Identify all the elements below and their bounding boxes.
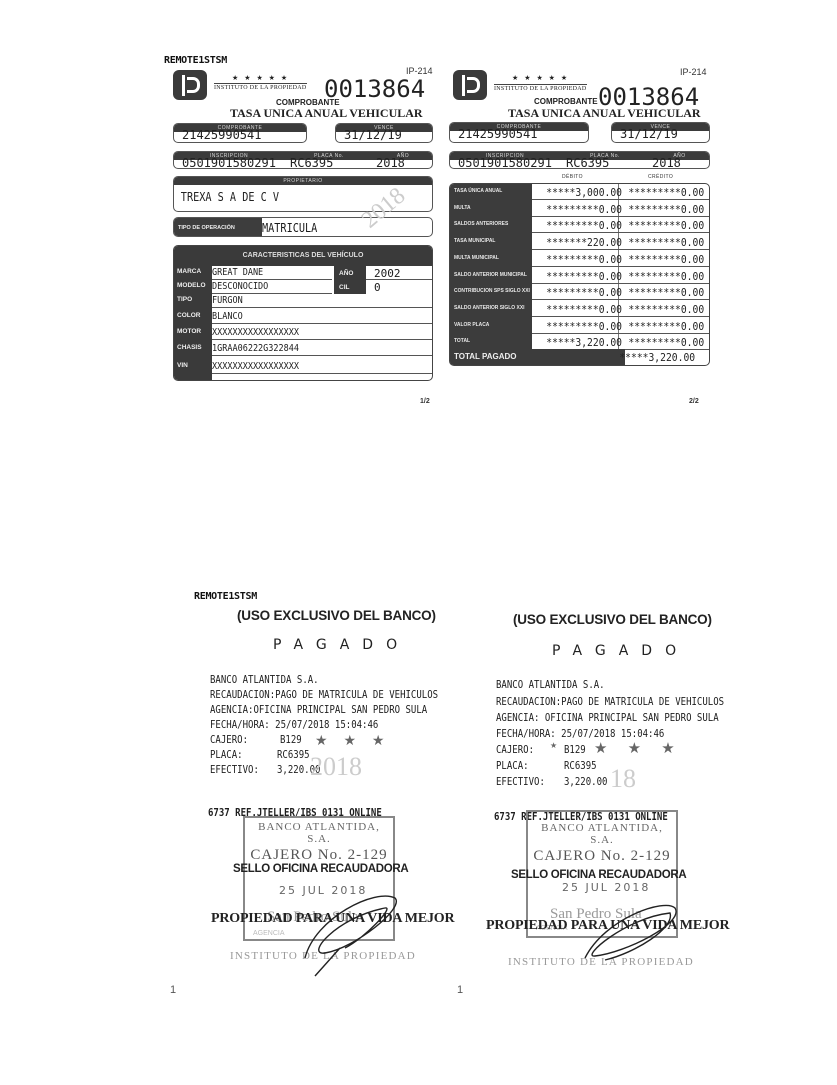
charge-credito: *********0.00 xyxy=(628,253,690,266)
charge-row: TASA MUNICIPAL*******220.00*********0.00 xyxy=(450,234,709,250)
row-label: MOTOR xyxy=(177,328,201,335)
anio-cil-label-block: AÑO CIL xyxy=(334,266,366,294)
recaudacion-line: RECAUDACION:PAGO DE MATRICULA DE VEHICUL… xyxy=(210,687,438,702)
row-label: VIN xyxy=(177,362,188,369)
charge-debito: *****3,220.00 xyxy=(543,336,622,349)
receipt-title: TASA UNICA ANUAL VEHICULAR xyxy=(230,106,423,121)
comprobante-box: COMPROBANTE 21425990541 xyxy=(449,122,589,143)
signature-icon xyxy=(295,878,405,978)
row-value: 1GRAA06222G322844 xyxy=(212,343,299,354)
characteristics-title: CARACTERISTICAS DEL VEHÍCULO xyxy=(174,246,432,266)
charge-debito: *****3,000.00 xyxy=(543,186,622,199)
characteristic-row: CHASIS 1GRAA06222G322844 xyxy=(174,342,432,356)
characteristic-row: MOTOR XXXXXXXXXXXXXXXXX xyxy=(174,326,432,340)
anio-value: 2018 xyxy=(652,157,709,169)
charge-label: SALDO ANTERIOR SIGLO XXI xyxy=(454,305,525,311)
placa-value: RC6395 xyxy=(564,758,597,773)
row-label: COLOR xyxy=(177,312,200,319)
row-label: MARCA xyxy=(177,268,201,275)
registration-box: INSCRIPCION PLACA No. AÑO 0501901580291 … xyxy=(173,151,433,169)
charge-label: TASA MUNICIPAL xyxy=(454,238,495,244)
stars-icon: ★ ★ ★ xyxy=(315,732,390,749)
row-value: DESCONOCIDO xyxy=(212,281,268,292)
watermark-year: 18 xyxy=(610,764,636,794)
charge-row: TASA ÚNICA ANUAL*****3,000.00*********0.… xyxy=(450,184,709,200)
charge-label: MULTA MUNICIPAL xyxy=(454,255,499,261)
stamp-cashier-number: CAJERO No. 2-129 xyxy=(245,847,393,864)
comprobante-box: COMPROBANTE 21425990541 xyxy=(173,123,307,143)
page-number: 1/2 xyxy=(420,398,430,405)
charge-label: CONTRIBUCION SPS SIGLO XXI xyxy=(454,288,530,294)
row-value: BLANCO xyxy=(212,311,243,322)
placa-label: PLACA: xyxy=(210,747,243,762)
characteristic-row: MODELO DESCONOCIDO xyxy=(174,280,432,294)
charge-credito: *********0.00 xyxy=(628,303,690,316)
inscripcion-value: 0501901580291 xyxy=(458,157,566,169)
tipo-operacion-label: TIPO DE OPERACIÓN xyxy=(174,218,262,237)
row-value: FURGON xyxy=(212,295,243,306)
bank-stamp-2: (USO EXCLUSIVO DEL BANCO) PAGADO BANCO A… xyxy=(480,600,770,990)
charge-debito: *********0.00 xyxy=(543,253,622,266)
placa-value: RC6395 xyxy=(277,747,310,762)
cajero-value: B129 xyxy=(280,732,302,747)
characteristic-row: COLOR BLANCO xyxy=(174,310,432,324)
charge-row: MULTA*********0.00*********0.00 xyxy=(450,201,709,217)
charge-debito: *********0.00 xyxy=(543,303,622,316)
charge-label: SALDOS ANTERIORES xyxy=(454,221,508,227)
sello-oficina-label: SELLO OFICINA RECAUDADORA xyxy=(511,869,686,881)
agencia-line: AGENCIA:OFICINA PRINCIPAL SAN PEDRO SULA xyxy=(210,702,427,717)
institution-name: INSTITUTO DE LA PROPIEDAD xyxy=(214,83,307,91)
institution-name: INSTITUTO DE LA PROPIEDAD xyxy=(494,84,587,92)
cil-value: 0 xyxy=(374,281,381,294)
charge-debito: *********0.00 xyxy=(543,270,622,283)
charge-debito: *********0.00 xyxy=(543,219,622,232)
row-value: GREAT DANE xyxy=(212,267,263,278)
vence-value: 31/12/19 xyxy=(612,128,709,140)
charge-credito: *********0.00 xyxy=(628,320,690,333)
signature-icon xyxy=(575,898,685,968)
fecha-hora-line: FECHA/HORA: 25/07/2018 15:04:46 xyxy=(210,717,378,732)
bank-name: BANCO ATLANTIDA S.A. xyxy=(496,677,605,692)
row-label: MODELO xyxy=(177,282,206,289)
placa-label: PLACA: xyxy=(496,758,529,773)
receipt-1: REMOTE1STSM ★ ★ ★ ★ ★ INSTITUTO DE LA PR… xyxy=(160,55,445,410)
stars-icon: ★ xyxy=(550,741,557,750)
payment-status: PAGADO xyxy=(552,643,689,659)
remote-id: REMOTE1STSM xyxy=(194,591,257,602)
charge-debito: *********0.00 xyxy=(543,320,622,333)
sello-oficina-label: SELLO OFICINA RECAUDADORA xyxy=(233,863,408,875)
vence-value: 31/12/19 xyxy=(336,129,432,141)
institution-logo-icon xyxy=(453,70,487,100)
placa-value: RC6395 xyxy=(290,157,376,169)
credito-column-header: CRÉDITO xyxy=(648,174,673,180)
inscripcion-value: 0501901580291 xyxy=(182,157,290,169)
bank-use-header: (USO EXCLUSIVO DEL BANCO) xyxy=(513,612,712,627)
bank-stamp-1: REMOTE1STSM (USO EXCLUSIVO DEL BANCO) PA… xyxy=(190,588,460,978)
comprobante-value: 21425990541 xyxy=(174,129,306,141)
row-value: XXXXXXXXXXXXXXXXX xyxy=(212,327,299,338)
stamp-bank-name: BANCO ATLANTIDA, S.A. xyxy=(528,822,676,846)
watermark-year: 2018 xyxy=(310,752,362,782)
charge-row: SALDO ANTERIOR SIGLO XXI*********0.00***… xyxy=(450,301,709,317)
charge-label: SALDO ANTERIOR MUNICIPAL xyxy=(454,272,527,278)
registration-box: INSCRIPCION PLACA No. AÑO 0501901580291 … xyxy=(449,151,710,169)
registration-values: 0501901580291 RC6395 2018 xyxy=(450,157,709,169)
efectivo-value: 3,220.00 xyxy=(564,774,607,789)
page-mark-left: 1 xyxy=(170,984,176,996)
charge-row: MULTA MUNICIPAL*********0.00*********0.0… xyxy=(450,251,709,267)
anio-label: AÑO xyxy=(339,270,353,277)
charge-row: CONTRIBUCION SPS SIGLO XXI*********0.00*… xyxy=(450,284,709,300)
page-mark-center: 1 xyxy=(457,984,463,996)
cajero-label: CAJERO: xyxy=(496,742,534,757)
charge-row: SALDO ANTERIOR MUNICIPAL*********0.00***… xyxy=(450,268,709,284)
charge-label: TASA ÚNICA ANUAL xyxy=(454,188,502,194)
page-number: 2/2 xyxy=(689,398,699,405)
recaudacion-line: RECAUDACION:PAGO DE MATRICULA DE VEHICUL… xyxy=(496,694,724,709)
stars-icon: ★ ★ ★ ★ ★ xyxy=(512,74,569,82)
charge-debito: *******220.00 xyxy=(543,236,622,249)
cil-label: CIL xyxy=(339,284,349,291)
charge-label: TOTAL xyxy=(454,338,470,344)
charge-credito: *********0.00 xyxy=(628,286,690,299)
tipo-operacion-value: MATRICULA xyxy=(262,221,317,235)
stars-icon: ★ ★ ★ xyxy=(594,739,683,757)
charge-credito: *********0.00 xyxy=(628,270,690,283)
charge-label: MULTA xyxy=(454,205,471,211)
tipo-operacion-box: TIPO DE OPERACIÓN MATRICULA xyxy=(173,217,433,237)
charge-row: VALOR PLACA*********0.00*********0.00 xyxy=(450,318,709,334)
efectivo-label: EFECTIVO: xyxy=(210,762,259,777)
total-pagado-value: *****3,220.00 xyxy=(619,351,695,364)
characteristic-row: VIN XXXXXXXXXXXXXXXXX xyxy=(174,360,432,374)
charge-row: SALDOS ANTERIORES*********0.00*********0… xyxy=(450,217,709,233)
charges-table: TASA ÚNICA ANUAL*****3,000.00*********0.… xyxy=(449,183,710,366)
vehicle-characteristics-table: CARACTERISTICAS DEL VEHÍCULO MARCA GREAT… xyxy=(173,245,433,381)
row-value: XXXXXXXXXXXXXXXXX xyxy=(212,361,299,372)
receipt-2: ★ ★ ★ ★ ★ INSTITUTO DE LA PROPIEDAD IP-2… xyxy=(440,55,725,410)
row-label: TIPO xyxy=(177,296,192,303)
receipt-title: TASA UNICA ANUAL VEHICULAR xyxy=(508,106,701,121)
cajero-value: B129 xyxy=(564,742,586,757)
charge-credito: *********0.00 xyxy=(628,236,690,249)
comprobante-value: 21425990541 xyxy=(450,128,588,140)
ip-code: IP-214 xyxy=(680,67,707,77)
charge-row: TOTAL*****3,220.00*********0.00 xyxy=(450,334,709,350)
characteristic-row: TIPO FURGON xyxy=(174,294,432,308)
charge-credito: *********0.00 xyxy=(628,186,690,199)
placa-value: RC6395 xyxy=(566,157,652,169)
bank-use-header: (USO EXCLUSIVO DEL BANCO) xyxy=(237,608,436,623)
charge-debito: *********0.00 xyxy=(543,286,622,299)
stamp-bank-name: BANCO ATLANTIDA, S.A. xyxy=(245,821,393,845)
row-label: CHASIS xyxy=(177,344,202,351)
total-pagado-label: TOTAL PAGADO xyxy=(450,349,625,365)
charge-credito: *********0.00 xyxy=(628,336,690,349)
charge-label: VALOR PLACA xyxy=(454,322,489,328)
agencia-line: AGENCIA: OFICINA PRINCIPAL SAN PEDRO SUL… xyxy=(496,710,719,725)
registration-values: 0501901580291 RC6395 2018 xyxy=(174,157,432,169)
anio-value: 2018 xyxy=(376,157,432,169)
stamp-cashier-number: CAJERO No. 2-129 xyxy=(528,848,676,865)
vence-box: VENCE 31/12/19 xyxy=(611,122,710,143)
stamp-date: 25 JUL 2018 xyxy=(562,881,676,894)
cajero-label: CAJERO: xyxy=(210,732,248,747)
vence-box: VENCE 31/12/19 xyxy=(335,123,433,143)
charge-credito: *********0.00 xyxy=(628,219,690,232)
efectivo-label: EFECTIVO: xyxy=(496,774,545,789)
debito-column-header: DÉBITO xyxy=(562,174,583,180)
remote-id: REMOTE1STSM xyxy=(164,55,227,66)
payment-status: PAGADO xyxy=(273,637,410,653)
bank-name: BANCO ATLANTIDA S.A. xyxy=(210,672,319,687)
institution-logo-icon xyxy=(173,70,207,100)
charge-debito: *********0.00 xyxy=(543,203,622,216)
comprobante-label: COMPROBANTE xyxy=(534,97,598,106)
stars-icon: ★ ★ ★ ★ ★ xyxy=(232,74,289,82)
propietario-value: TREXA S A DE C V xyxy=(174,191,393,203)
charge-credito: *********0.00 xyxy=(628,203,690,216)
